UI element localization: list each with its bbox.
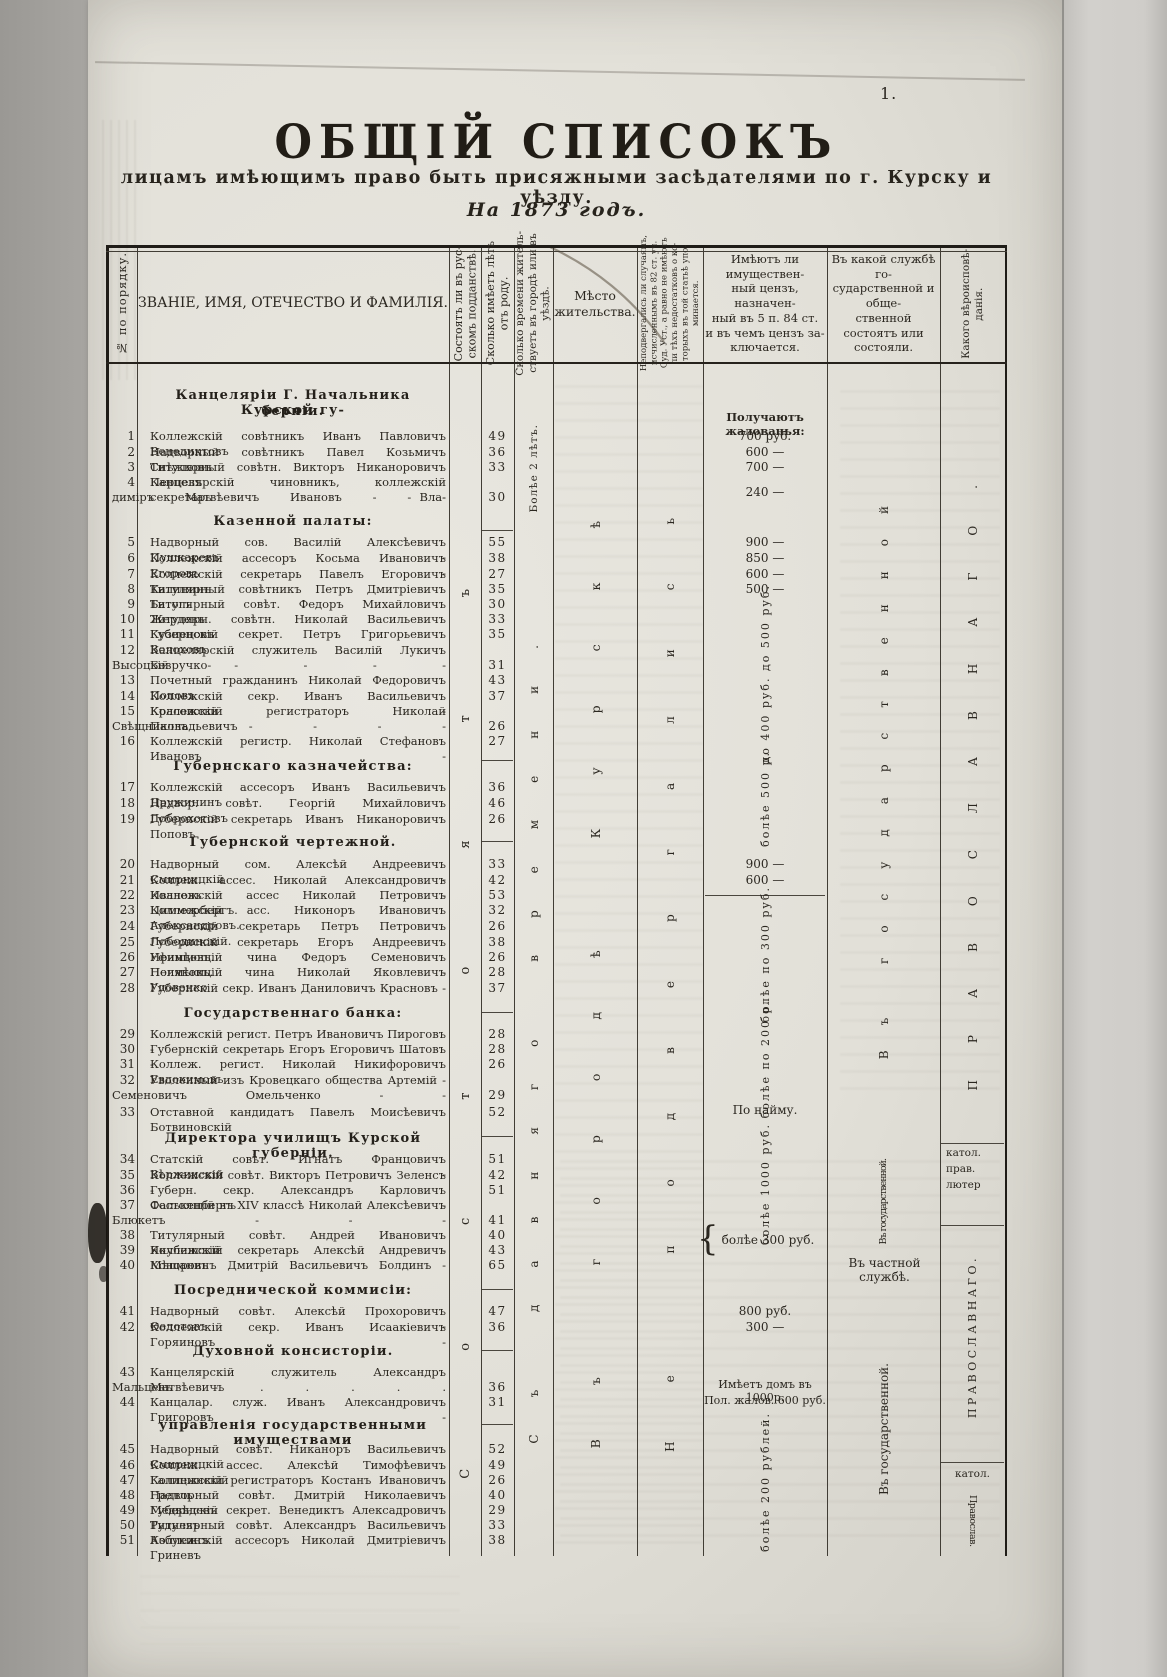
header-citizenship: Состоятъ ли въ рус- скомъ подданствѣ. — [449, 249, 481, 358]
row-number: 39 — [108, 1243, 135, 1257]
property-rotated-note: болѣе 500 р. — [703, 756, 827, 842]
row-number: 46 — [108, 1458, 135, 1472]
section-header: Казенной палаты: — [137, 514, 449, 529]
row-age: 52 — [481, 1105, 514, 1119]
property-rotated-note: до 400 руб. до 500 руб. — [703, 598, 827, 750]
row-age: 42 — [481, 873, 514, 887]
property-rotated-note: болѣе 200 рублей. — [703, 1424, 827, 1540]
row-number: 42 — [108, 1320, 135, 1334]
row-name: диміръ Матвѣевичъ Ивановъ - - - — [112, 490, 446, 505]
residence-time-note: Болѣе 2 лѣтъ. — [514, 418, 553, 518]
religion-vertical-note: Православ. — [940, 1485, 1005, 1557]
property-value: Пол. жалов. 600 руб. — [700, 1394, 830, 1407]
row-number: 3 — [108, 460, 135, 474]
scanned-document-page: 1. ОБЩІЙ СПИСОКЪ лицамъ имѣющимъ право б… — [0, 0, 1167, 1677]
row-age: 36 — [481, 445, 514, 459]
row-age: 47 — [481, 1304, 514, 1318]
column-divider — [137, 245, 138, 1556]
row-number: 12 — [108, 643, 135, 657]
row-name: Уволенный изъ Кровецкаго общества Артемі… — [150, 1073, 446, 1088]
property-value: 900 — — [700, 535, 830, 549]
row-number: 33 — [108, 1105, 135, 1119]
header-age-label: Сколько имѣетъ лѣтъ отъ роду. — [484, 241, 511, 365]
row-age: 29 — [481, 1503, 514, 1517]
religion-label: катол. — [941, 1468, 1004, 1480]
row-age: 46 — [481, 796, 514, 810]
row-number: 35 — [108, 1168, 135, 1182]
row-age: 26 — [481, 919, 514, 933]
row-age: 36 — [481, 780, 514, 794]
property-rotated-note-text: болѣе 500 р. — [759, 751, 772, 847]
service-vertical-note: Въ государственной — [827, 430, 940, 1110]
property-rotated-note: болѣе по 300 руб. — [703, 892, 827, 1016]
row-name: Состоящій въ XIV классѣ Николай Алексѣев… — [150, 1198, 446, 1213]
row-age: 26 — [481, 1473, 514, 1487]
row-number: 20 — [108, 857, 135, 871]
header-religion-label: Какого вѣроисповѣ- данія. — [960, 249, 986, 359]
row-age: 33 — [481, 460, 514, 474]
property-rotated-note-text: болѣе по 200 р. — [759, 999, 772, 1118]
row-number: 31 — [108, 1057, 135, 1071]
row-age: 52 — [481, 1442, 514, 1456]
residence-time-note-text: Съ давняго времени. — [527, 608, 541, 1444]
row-age: 51 — [481, 1152, 514, 1166]
header-residence-place-label: Мѣсто жительства. — [554, 288, 635, 320]
row-age: 53 — [481, 888, 514, 902]
property-value: болѣе 300 руб. — [711, 1233, 825, 1247]
religion-group-divider — [941, 1225, 1004, 1226]
row-number: 19 — [108, 812, 135, 826]
row-age: 30 — [481, 597, 514, 611]
section-header: Губернскаго казначейства: — [137, 759, 449, 774]
row-number: 49 — [108, 1503, 135, 1517]
religion-vertical-note-text: ПРАВОСЛАВНАГО. — [966, 448, 980, 1091]
row-number: 9 — [108, 597, 135, 611]
document-title: ОБЩІЙ СПИСОКЪ — [108, 116, 1005, 170]
religion-label: катол. — [946, 1147, 1003, 1159]
row-number: 17 — [108, 780, 135, 794]
row-number: 21 — [108, 873, 135, 887]
row-number: 6 — [108, 551, 135, 565]
row-age: 28 — [481, 965, 514, 979]
residence-time-note-text: Болѣе 2 лѣтъ. — [528, 424, 540, 512]
header-bottom-rule — [106, 362, 1007, 364]
header-num-label: № по порядку. — [115, 252, 129, 355]
residence-place-note: Въ городѣ Курскѣ — [553, 420, 637, 1495]
row-number: 44 — [108, 1395, 135, 1409]
property-rotated-note-text: болѣе 200 рублей. — [759, 1412, 772, 1552]
religion-label: лютер — [946, 1179, 1003, 1191]
service-vertical-note-text: Въ государственной. — [878, 1159, 889, 1245]
service-label: Въ частной службѣ. — [829, 1256, 940, 1284]
row-age: 30 — [481, 490, 514, 504]
row-number: 1 — [108, 429, 135, 443]
property-value: 900 — — [700, 857, 830, 871]
document-year: На 1873 годъ. — [108, 199, 1005, 221]
row-age: 33 — [481, 1518, 514, 1532]
row-age: 31 — [481, 658, 514, 672]
religion-group-divider — [941, 1462, 1004, 1463]
row-name: Блюкетъ - - - — [112, 1213, 446, 1228]
row-age: 35 — [481, 582, 514, 596]
row-age: 36 — [481, 1320, 514, 1334]
header-residence-time: Сколько времени житель- ствуетъ въ город… — [514, 249, 553, 358]
row-number: 2 — [108, 445, 135, 459]
service-vertical-note: Въ государственной. — [827, 1315, 940, 1543]
religion-vertical-note: ПРАВОСЛАВНАГО. — [940, 1228, 1005, 1446]
age-group-divider — [482, 530, 513, 531]
age-group-divider — [482, 760, 513, 761]
row-number: 24 — [108, 919, 135, 933]
property-value: 700 — — [700, 460, 830, 474]
row-number: 28 — [108, 981, 135, 995]
row-age: 38 — [481, 1533, 514, 1547]
property-rotated-note-text: болѣе 1000 руб. — [759, 1123, 772, 1245]
row-age: 27 — [481, 734, 514, 748]
section-header: Государственнаго банка: — [137, 1006, 449, 1021]
row-age: 43 — [481, 1243, 514, 1257]
age-group-divider — [482, 1424, 513, 1425]
header-service: Въ какой службѣ го- сударственной и обще… — [827, 249, 940, 358]
property-value: 850 — — [700, 551, 830, 565]
property-rotated-note: болѣе по 200 р. — [703, 1016, 827, 1102]
row-age: 26 — [481, 719, 514, 733]
row-number: 5 — [108, 535, 135, 549]
row-number: 8 — [108, 582, 135, 596]
row-age: 33 — [481, 857, 514, 871]
header-no-convictions: Неподвергались ли случаямъ, исчисленнымъ… — [637, 249, 703, 358]
service-vertical-note-text: Въ государственной — [877, 481, 891, 1059]
section-header: Губернской чертежной. — [137, 835, 449, 850]
ink-blotch — [88, 1203, 107, 1263]
row-age: 40 — [481, 1228, 514, 1242]
row-age: 26 — [481, 1057, 514, 1071]
religion-group-divider — [941, 1143, 1004, 1144]
row-number: 43 — [108, 1365, 135, 1379]
religion-vertical-note-text: ПРАВОСЛАВНАГО. — [966, 1255, 979, 1418]
row-age: 27 — [481, 567, 514, 581]
header-name: ЗВАНІЕ, ИМЯ, ОТЕЧЕСТВО И ФАМИЛІЯ. — [137, 249, 449, 358]
header-service-label: Въ какой службѣ го- сударственной и обще… — [827, 252, 940, 355]
service-vertical-note-text: Въ государственной. — [877, 1363, 891, 1495]
row-number: 14 — [108, 689, 135, 703]
section-header: Посреднической коммисіи: — [137, 1283, 449, 1298]
row-number: 34 — [108, 1152, 135, 1166]
age-group-divider — [482, 1289, 513, 1290]
row-age: 37 — [481, 689, 514, 703]
row-age: 26 — [481, 950, 514, 964]
row-name: Семеновичъ Омельченко - - — [112, 1088, 446, 1103]
row-age: 28 — [481, 1042, 514, 1056]
row-number: 48 — [108, 1488, 135, 1502]
row-age: 49 — [481, 429, 514, 443]
header-citizenship-label: Состоятъ ли въ рус- скомъ подданствѣ. — [452, 246, 479, 361]
row-age: 49 — [481, 1458, 514, 1472]
property-rotated-note-text: до 400 руб. до 500 руб. — [759, 584, 772, 764]
header-property: Имѣютъ ли имуществен- ный цензъ, назначе… — [703, 249, 827, 358]
row-age: 36 — [481, 1380, 514, 1394]
property-value: По найму. — [700, 1103, 830, 1117]
row-number: 32 — [108, 1073, 135, 1087]
row-name: Мѣщанинъ Дмитрій Васильевичъ Болдинъ - — [150, 1258, 446, 1273]
row-number: 23 — [108, 903, 135, 917]
property-value: 600 — — [700, 567, 830, 581]
row-age: 38 — [481, 935, 514, 949]
religion-vertical-note: ПРАВОСЛАВНАГО. — [940, 425, 1005, 1113]
header-age: Сколько имѣетъ лѣтъ отъ роду. — [481, 249, 514, 358]
row-age: 40 — [481, 1488, 514, 1502]
row-number: 47 — [108, 1473, 135, 1487]
row-age: 37 — [481, 981, 514, 995]
row-age: 42 — [481, 1168, 514, 1182]
row-name: Свѣщниковъ - - - - — [112, 719, 446, 734]
row-name: Губернскій секр. Иванъ Даниловичъ Красно… — [150, 981, 446, 996]
adjacent-page-edge — [1062, 0, 1167, 1677]
row-number: 27 — [108, 965, 135, 979]
citizenship-note-text: Состоятъ — [458, 471, 473, 1479]
no-convictions-note: Не подвергались — [637, 428, 703, 1483]
age-group-divider — [482, 841, 513, 842]
property-value: 700 руб. — [700, 429, 830, 443]
row-number: 22 — [108, 888, 135, 902]
row-number: 50 — [108, 1518, 135, 1532]
row-number: 45 — [108, 1442, 135, 1456]
no-convictions-note-text: Не подвергались — [663, 459, 677, 1452]
row-age: 41 — [481, 1213, 514, 1227]
row-number: 18 — [108, 796, 135, 810]
row-number: 51 — [108, 1533, 135, 1547]
row-number: 26 — [108, 950, 135, 964]
row-age: 32 — [481, 903, 514, 917]
row-age: 55 — [481, 535, 514, 549]
property-value: 600 — — [700, 445, 830, 459]
property-value: 240 — — [700, 485, 830, 499]
page-number: 1. — [880, 84, 897, 103]
header-residence-place: Мѣсто жительства. — [553, 249, 637, 358]
row-age: 35 — [481, 627, 514, 641]
row-age: 26 — [481, 812, 514, 826]
row-number: 11 — [108, 627, 135, 641]
row-age: 29 — [481, 1088, 514, 1102]
row-name: Высоцкій - - - - — [112, 658, 446, 673]
service-vertical-note: Въ государственной. — [827, 1147, 940, 1257]
age-group-divider — [482, 1136, 513, 1137]
age-group-divider — [482, 1350, 513, 1351]
property-value: 600 — — [700, 873, 830, 887]
religion-label: прав. — [946, 1163, 1003, 1175]
residence-time-note: Съ давняго времени. — [514, 558, 553, 1493]
row-number: 25 — [108, 935, 135, 949]
section-header: берніи. — [137, 404, 449, 419]
header-residence-time-label: Сколько времени житель- ствуетъ въ город… — [514, 231, 552, 376]
header-name-label: ЗВАНІЕ, ИМЯ, ОТЕЧЕСТВО И ФАМИЛІЯ. — [138, 295, 448, 313]
row-age: 28 — [481, 1027, 514, 1041]
row-number: 36 — [108, 1183, 135, 1197]
header-num: № по порядку. — [108, 249, 137, 358]
row-name: Мальцевъ - . . . . . — [112, 1380, 446, 1395]
property-rotated-note: болѣе 1000 руб. — [703, 1138, 827, 1230]
row-age: 38 — [481, 551, 514, 565]
header-no-convictions-label: Неподвергались ли случаямъ, исчисленнымъ… — [639, 235, 701, 371]
row-age: 51 — [481, 1183, 514, 1197]
ink-bleedthrough — [140, 1565, 460, 1645]
ink-blotch — [99, 1266, 108, 1282]
row-age: 43 — [481, 673, 514, 687]
row-number: 10 — [108, 612, 135, 626]
row-number: 4 — [108, 475, 135, 489]
row-age: 31 — [481, 1395, 514, 1409]
row-number: 29 — [108, 1027, 135, 1041]
religion-vertical-note-text: Православ. — [967, 1495, 978, 1547]
row-age: 33 — [481, 612, 514, 626]
citizenship-note: Состоятъ — [449, 425, 481, 1525]
row-number: 16 — [108, 734, 135, 748]
row-number: 30 — [108, 1042, 135, 1056]
residence-place-note-text: Въ городѣ Курскѣ — [588, 467, 603, 1448]
row-name: Коллежскій ассесоръ Николай Дмитріевичъ … — [150, 1533, 446, 1563]
header-property-label: Имѣютъ ли имуществен- ный цензъ, назначе… — [703, 252, 827, 355]
row-number: 13 — [108, 673, 135, 687]
row-number: 7 — [108, 567, 135, 581]
section-header: Духовной консисторіи. — [137, 1344, 449, 1359]
property-value: 800 руб. — [700, 1304, 830, 1318]
row-number: 41 — [108, 1304, 135, 1318]
row-age: 65 — [481, 1258, 514, 1272]
table-border-right — [1005, 245, 1007, 1556]
row-number: 15 — [108, 704, 135, 718]
age-group-divider — [482, 1012, 513, 1013]
row-number: 37 — [108, 1198, 135, 1212]
property-value: 300 — — [700, 1320, 830, 1334]
row-number: 40 — [108, 1258, 135, 1272]
table-rule-top — [106, 245, 1007, 248]
header-religion: Какого вѣроисповѣ- данія. — [940, 249, 1005, 358]
row-number: 38 — [108, 1228, 135, 1242]
